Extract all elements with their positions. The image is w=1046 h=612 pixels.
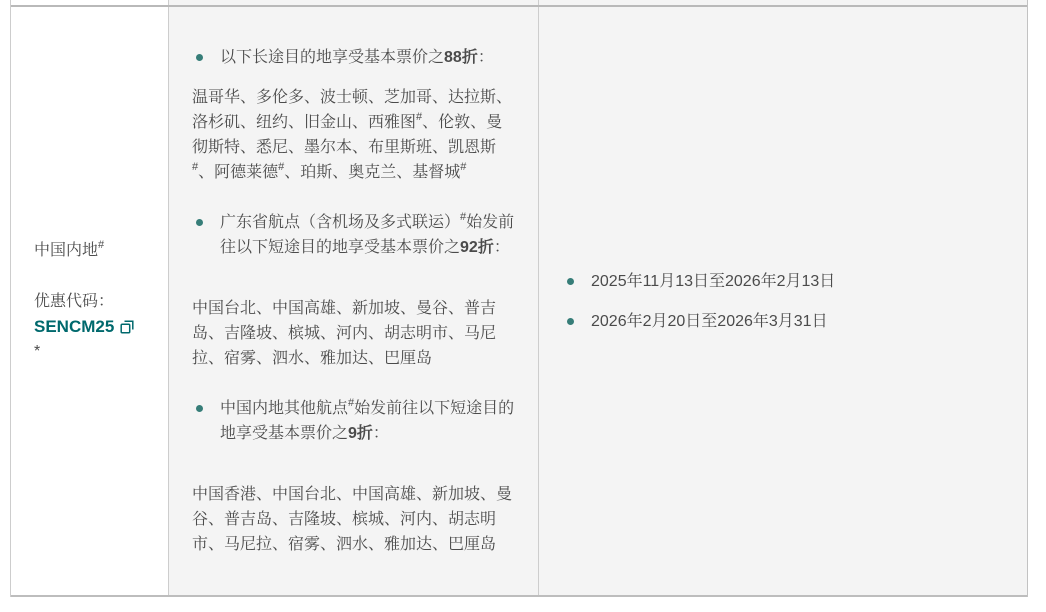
discount-bullet-item: 中国内地其他航点#始发前往以下短途目的地享受基本票价之9折： — [192, 396, 515, 446]
text-segment: 中国台北、中国高雄、新加坡、曼谷、普吉岛、吉隆坡、槟城、河内、胡志明市、马尼拉、… — [192, 300, 496, 367]
promo-code-text: SENCM25 — [34, 314, 114, 339]
travel-period-item: 2025年11月13日至2026年2月13日 — [563, 269, 1007, 294]
discount-bullet-list: 以下长途目的地享受基本票价之88折： — [192, 45, 515, 70]
text-segment: 92折 — [460, 239, 494, 256]
footnote-asterisk: * — [34, 339, 150, 364]
previous-row-remnant — [11, 0, 1027, 7]
text-segment: 广东省航点（含机场及多式联运） — [220, 214, 460, 231]
text-segment: 中国内地 — [34, 242, 98, 259]
text-segment: 88折 — [444, 49, 478, 66]
text-segment: 9折 — [348, 425, 373, 442]
promo-fares-table: 中国内地# 优惠代码： SENCM25 * 以下长途目的地享受基本票价之88折：… — [10, 0, 1028, 597]
promo-code-label: 优惠代码： — [34, 289, 150, 314]
footnote-hash-marker: # — [348, 397, 354, 409]
travel-period-item: 2026年2月20日至2026年3月31日 — [563, 309, 1007, 334]
page: 中国内地# 优惠代码： SENCM25 * 以下长途目的地享受基本票价之88折：… — [0, 0, 1046, 612]
text-segment: 中国内地其他航点 — [220, 400, 348, 417]
text-segment: 中国香港、中国台北、中国高雄、新加坡、曼谷、普吉岛、吉隆坡、槟城、河内、胡志明市… — [192, 486, 512, 553]
route-cell: 中国内地# 优惠代码： SENCM25 * — [11, 7, 169, 595]
previous-row-period-cell — [539, 0, 1027, 5]
destinations-paragraph: 温哥华、多伦多、波士顿、芝加哥、达拉斯、洛杉矶、纽约、旧金山、西雅图#、伦敦、曼… — [192, 85, 515, 185]
previous-row-details-cell — [169, 0, 539, 5]
route-title: 中国内地# — [34, 238, 150, 263]
discount-bullet-list: 中国内地其他航点#始发前往以下短途目的地享受基本票价之9折： — [192, 396, 515, 446]
discount-details-cell: 以下长途目的地享受基本票价之88折：温哥华、多伦多、波士顿、芝加哥、达拉斯、洛杉… — [169, 7, 539, 595]
promo-code-link[interactable]: SENCM25 — [34, 314, 134, 339]
text-segment: 、阿德莱德 — [198, 164, 278, 181]
footnote-hash-marker: # — [98, 239, 104, 251]
promo-code-line: SENCM25 — [34, 314, 150, 339]
text-segment: ： — [478, 49, 494, 66]
discount-bullet-list: 广东省航点（含机场及多式联运）#始发前往以下短途目的地享受基本票价之92折： — [192, 210, 515, 260]
text-segment: ： — [494, 239, 510, 256]
previous-row-route-cell — [11, 0, 169, 5]
discount-bullet-item: 广东省航点（含机场及多式联运）#始发前往以下短途目的地享受基本票价之92折： — [192, 210, 515, 260]
discount-bullet-item: 以下长途目的地享受基本票价之88折： — [192, 45, 515, 70]
text-segment: 、珀斯、奥克兰、基督城 — [284, 164, 460, 181]
external-link-icon — [120, 320, 134, 334]
destinations-paragraph: 中国香港、中国台北、中国高雄、新加坡、曼谷、普吉岛、吉隆坡、槟城、河内、胡志明市… — [192, 482, 515, 557]
footnote-hash-marker: # — [192, 161, 198, 173]
text-segment: 以下长途目的地享受基本票价之 — [220, 49, 444, 66]
travel-period-list: 2025年11月13日至2026年2月13日2026年2月20日至2026年3月… — [563, 269, 1007, 334]
footnote-hash-marker: # — [460, 211, 466, 223]
destinations-paragraph: 中国台北、中国高雄、新加坡、曼谷、普吉岛、吉隆坡、槟城、河内、胡志明市、马尼拉、… — [192, 296, 515, 371]
footnote-hash-marker: # — [460, 161, 466, 173]
table-row: 中国内地# 优惠代码： SENCM25 * 以下长途目的地享受基本票价之88折：… — [11, 7, 1027, 597]
footnote-hash-marker: # — [278, 161, 284, 173]
text-segment: ： — [373, 425, 389, 442]
travel-period-cell: 2025年11月13日至2026年2月13日2026年2月20日至2026年3月… — [539, 7, 1027, 595]
footnote-hash-marker: # — [416, 111, 422, 123]
